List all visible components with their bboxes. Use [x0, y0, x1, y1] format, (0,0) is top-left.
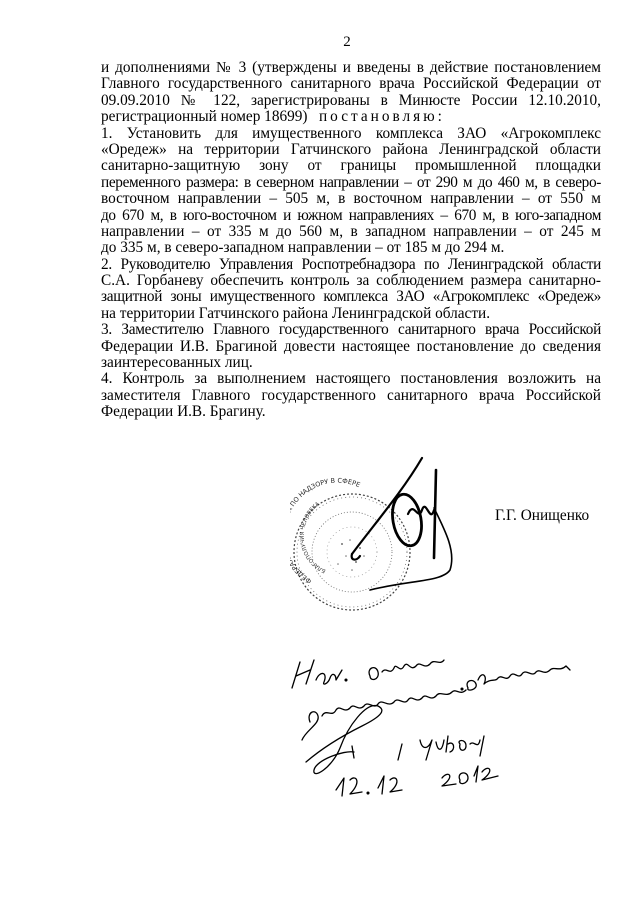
- text-line: и дополнениями № 3 (утверждены и введены…: [101, 60, 601, 76]
- text-line: «Оредеж» на территории Гатчинского район…: [101, 142, 601, 158]
- registration-text: регистрационный номер 18699): [101, 108, 308, 125]
- official-stamp-icon: ФЕДЕРАЛЬНАЯ СЛУЖБА ПО НАДЗОРУ В СФЕРЕ БЛ…: [290, 452, 470, 612]
- text-line: 3. Заместителю Главного государственного…: [101, 322, 601, 338]
- text-line: до 670 м, в юго-восточном и южном направ…: [101, 208, 601, 224]
- text-line: 09.09.2010 № 122, зарегистрированы в Мин…: [101, 93, 601, 109]
- decree-word: постановляю:: [319, 108, 445, 125]
- text-line: защитной зоны имущественного комплекса З…: [101, 289, 601, 305]
- text-line: Федерации И.В. Брагину.: [101, 404, 601, 420]
- page-number: 2: [0, 34, 640, 51]
- handwritten-annotation: [270, 640, 600, 800]
- svg-text:БЛАГОПОЛУЧИЯ ЧЕЛОВЕКА: БЛАГОПОЛУЧИЯ ЧЕЛОВЕКА: [300, 501, 327, 574]
- document-body: и дополнениями № 3 (утверждены и введены…: [101, 60, 601, 421]
- paragraph-item-4: 4. Контроль за выполнением настоящего по…: [101, 371, 601, 420]
- stamp-and-signature: ФЕДЕРАЛЬНАЯ СЛУЖБА ПО НАДЗОРУ В СФЕРЕ БЛ…: [290, 452, 470, 612]
- text-line: заинтересованных лиц.: [101, 355, 601, 371]
- text-line: заместителя Главного государственного са…: [101, 388, 601, 404]
- text-line: направлении – от 335 м до 560 м, в запад…: [101, 224, 601, 240]
- paragraph-item-3: 3. Заместителю Главного государственного…: [101, 322, 601, 371]
- paragraph-item-2: 2. Руководителю Управления Роспотребнадз…: [101, 257, 601, 323]
- text-line: восточном направлении – 505 м, в восточн…: [101, 191, 601, 207]
- text-line: 1. Установить для имущественного комплек…: [101, 126, 601, 142]
- text-line: Федерации И.В. Брагиной довести настояще…: [101, 339, 601, 355]
- text-line: санитарно-защитную зону от границы промы…: [101, 158, 601, 174]
- text-line: переменного размера: в северном направле…: [101, 175, 601, 191]
- text-line: регистрационный номер 18699) постановляю…: [101, 109, 601, 125]
- paragraph-item-1: 1. Установить для имущественного комплек…: [101, 126, 601, 257]
- signer-name: Г.Г. Онищенко: [495, 507, 589, 524]
- paragraph-intro: и дополнениями № 3 (утверждены и введены…: [101, 60, 601, 126]
- handwritten-note-icon: [270, 640, 600, 800]
- text-line: Главного государственного санитарного вр…: [101, 76, 601, 92]
- text-line: на территории Гатчинского района Ленингр…: [101, 306, 601, 322]
- text-line: до 335 м, в северо-западном направлении …: [101, 240, 601, 256]
- text-line: 4. Контроль за выполнением настоящего по…: [101, 371, 601, 387]
- text-line: 2. Руководителю Управления Роспотребнадз…: [101, 257, 601, 273]
- text-line: С.А. Горбаневу обеспечить контроль за со…: [101, 273, 601, 289]
